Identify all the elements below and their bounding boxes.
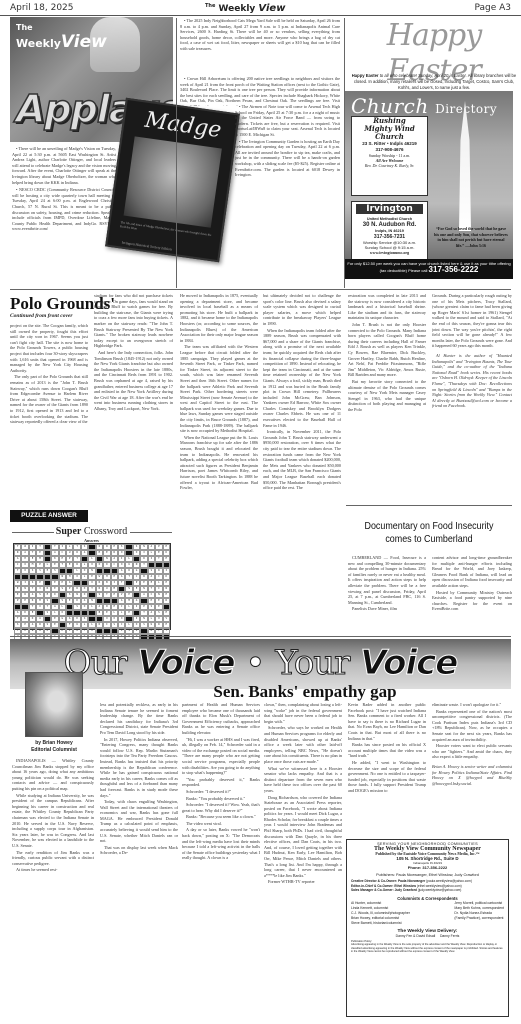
church-listing-ad: For only $12.50 per week you can have yo…	[345, 259, 513, 279]
applause-item: • NESCO CRDC (Community Resource Distric…	[12, 187, 116, 232]
banks-col-5: Kevin Rader added in another public Face…	[348, 702, 426, 832]
church-steeple-image	[450, 101, 480, 231]
event-item: • Crown Hill Arboretum is offering 200 n…	[180, 76, 340, 106]
banks-col-1: INDIANAPOLIS — Whitley County Councilman…	[12, 758, 94, 1020]
columnists-list: Al Hunter, columnistLinda Kennett, colum…	[351, 901, 504, 926]
polo-grounds-subhead: Continued from front cover	[10, 313, 73, 319]
polo-col-3: He moved to Indianapolis in 1875, eventu…	[180, 293, 258, 633]
author-bio: Al Hunter is the author of "Haunted Indi…	[432, 353, 512, 409]
columnist-bio: Brian A. Howey is senior writer and colu…	[432, 764, 512, 786]
book-title: Madge	[143, 108, 223, 143]
puzzle-answer-label: PUZZLE ANSWER	[10, 510, 88, 522]
events-top: • The 2025 Indy Neighborhood Cats Mega Y…	[180, 18, 340, 53]
applause-item: • There will be an unveiling of Madge's …	[12, 146, 116, 185]
church-directory-title: Church Directory	[351, 94, 497, 118]
polo-col-5: restoration was completed in late 2013 a…	[348, 293, 426, 519]
madge-portrait	[124, 136, 222, 227]
rushing-mighty-wind-listing: Rushing Mighty Wind Church 23 S. Ritter …	[351, 116, 428, 196]
staff-entry: Sales Manager & Co-Owner: Judy Crawford …	[351, 888, 504, 893]
documentary-col-2: content advisor and long-time groundbrea…	[432, 555, 512, 635]
documentary-col-1: CUMBERLAND — Food, Insecure is a new and…	[348, 555, 426, 635]
events-wrap: • The Airmen of Note tour will come to A…	[235, 104, 340, 254]
section-divider	[10, 289, 511, 290]
staff-list: Creative Director & Co-Owner: Paula Nice…	[351, 879, 504, 893]
madge-book-cover: Madge The life and times of Madge Oberho…	[105, 98, 240, 263]
title-rule	[130, 532, 172, 533]
polo-col-4: but ultimately decided not to challenge …	[263, 293, 341, 633]
brand-the: The	[16, 23, 33, 32]
masthead-title: The Weekly View	[205, 3, 285, 14]
phone: Phone: 317-356-2222	[351, 865, 504, 870]
publication-masthead: SERVING YOUR NEIGHBORHOOD COMMUNITIES Th…	[346, 839, 509, 1017]
section-divider	[10, 636, 511, 637]
banks-col-2: less and potentially reckless, as early …	[100, 702, 178, 1020]
issue-date: April 18, 2025	[10, 3, 74, 13]
section-divider	[346, 505, 512, 506]
banks-col-6: eliminate waste. I won't apologize for i…	[432, 702, 512, 832]
events-crown-hill: • Crown Hill Arboretum is offering 200 n…	[180, 76, 340, 106]
event-item: • The Airmen of Note tour will come to A…	[235, 104, 340, 138]
polo-col-2: stadium for fans who did not purchase ti…	[94, 293, 173, 523]
applause-items: • There will be an unveiling of Madge's …	[12, 146, 116, 233]
page-header: April 18, 2025 The Weekly View Page A3	[0, 0, 521, 16]
banks-col-3: partment of Health and Human Services em…	[182, 702, 260, 1020]
publishers: Publishers: Paula Nicewanger, Ethel Wins…	[351, 873, 504, 877]
polo-col-1: project on the site. The Coogan family, …	[10, 323, 88, 509]
publication-policy: Publication Policy: Advertising appearin…	[351, 940, 504, 954]
byline: by Brian HoweyEditorial Columnist	[10, 740, 98, 753]
book-publisher: Irvington Historical Society Edition	[122, 241, 172, 252]
banks-headline: Sen. Banks' empathy gap	[100, 682, 510, 702]
documentary-headline: Documentary on Food Insecurity comes to …	[358, 520, 501, 546]
title-rule	[12, 532, 54, 533]
crossword-grid: TWITTILTSORESSNAPERATEACURAHEROOILEDAHEM…	[13, 543, 171, 630]
column-rule	[344, 18, 345, 288]
columnist-photo	[25, 672, 83, 737]
event-item: • The Irvington Community Garden is host…	[235, 139, 340, 178]
bible-verse: “For God so loved the world that he gave…	[433, 226, 509, 248]
banner-title: Our Voice • Your Voice	[10, 643, 511, 683]
easter-notice: Happy Easter to all who celebrate! Sunda…	[350, 73, 518, 91]
polo-col-6: Grounds. During a particularly rough out…	[432, 293, 512, 519]
delivery-names: Danny Fen & David Edsall Danny Ferris	[351, 934, 504, 938]
banks-col-4: clown," then, complaining about losing a…	[264, 702, 342, 1020]
church-directory: Church Directory Rushing Mighty Wind Chu…	[345, 91, 513, 279]
brand-weekly-view: WeeklyView	[16, 32, 107, 52]
happy-easter-graphic: Happy Easter	[350, 18, 518, 66]
event-item: • The 2025 Indy Neighborhood Cats Mega Y…	[180, 18, 340, 52]
page-number: Page A3	[474, 3, 511, 13]
church-website-link[interactable]: www.irvingtonumc.org	[352, 250, 427, 255]
column-rule	[176, 18, 177, 288]
